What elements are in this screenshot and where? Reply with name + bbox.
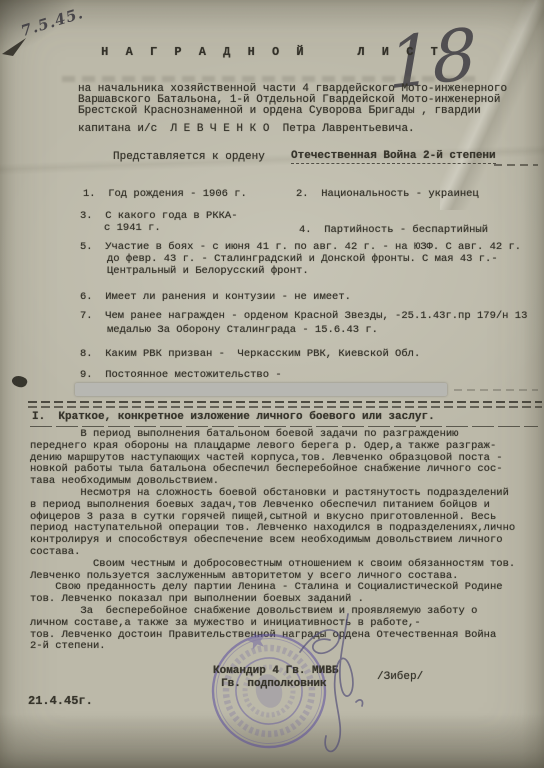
- field-party: 4. Партийность - беспартийный: [299, 225, 488, 237]
- field-wounds: 6. Имеет ли ранения и контузии - не имее…: [80, 292, 351, 304]
- divider-line: [28, 406, 542, 408]
- field-combat-line3: Центральный и Белорусский фронт.: [107, 266, 309, 278]
- field-birth-year: 1. Год рождения - 1906 г.: [83, 189, 247, 201]
- presentation-label: Представляется к ордену: [113, 152, 265, 163]
- recipient-name-line: капитана и/с Л Е В Ч Е Н К О Петра Лавре…: [78, 124, 415, 135]
- document-title: Н А Г Р А Д Н О Й Л И С Т: [0, 45, 544, 59]
- document-date: 21.4.45г.: [28, 694, 93, 708]
- field-drafted-by: 8. Каким РВК призван - Черкасским РВК, К…: [80, 349, 420, 361]
- star-icon: [246, 630, 268, 651]
- field-rkka-value: с 1941 г.: [104, 223, 161, 235]
- recipient-description: на начальника хозяйственной части 4 гвар…: [78, 84, 507, 117]
- trailing-dashes: [494, 164, 538, 166]
- award-name: Отечественная Война 2-й степени: [291, 151, 496, 164]
- divider-line: [28, 401, 542, 403]
- section-heading: I. Краткое, конкретное изложение личного…: [32, 412, 435, 423]
- ink-blot: [10, 374, 28, 390]
- field-residence: 9. Постоянное местожительство -: [80, 370, 282, 382]
- field-nationality: 2. Национальность - украинец: [296, 189, 479, 201]
- bleed-through-text: [62, 76, 476, 82]
- citation-body-text: В период выполнения батальоном боевой за…: [30, 429, 515, 653]
- signature-name: /Зибер/: [377, 672, 423, 683]
- field-prior-awards-line1: 7. Чем ранее награжден - орденом Красной…: [80, 311, 527, 323]
- redacted-area: [75, 383, 447, 396]
- field-prior-awards-line2: медалью За Оборону Сталинграда - 15.6.43…: [107, 325, 378, 337]
- commander-signature: [286, 606, 416, 768]
- award-sheet-scanned-document: 7.5.45. 18 Н А Г Р А Д Н О Й Л И С Т на …: [0, 0, 544, 768]
- trailing-dashes: [454, 389, 538, 391]
